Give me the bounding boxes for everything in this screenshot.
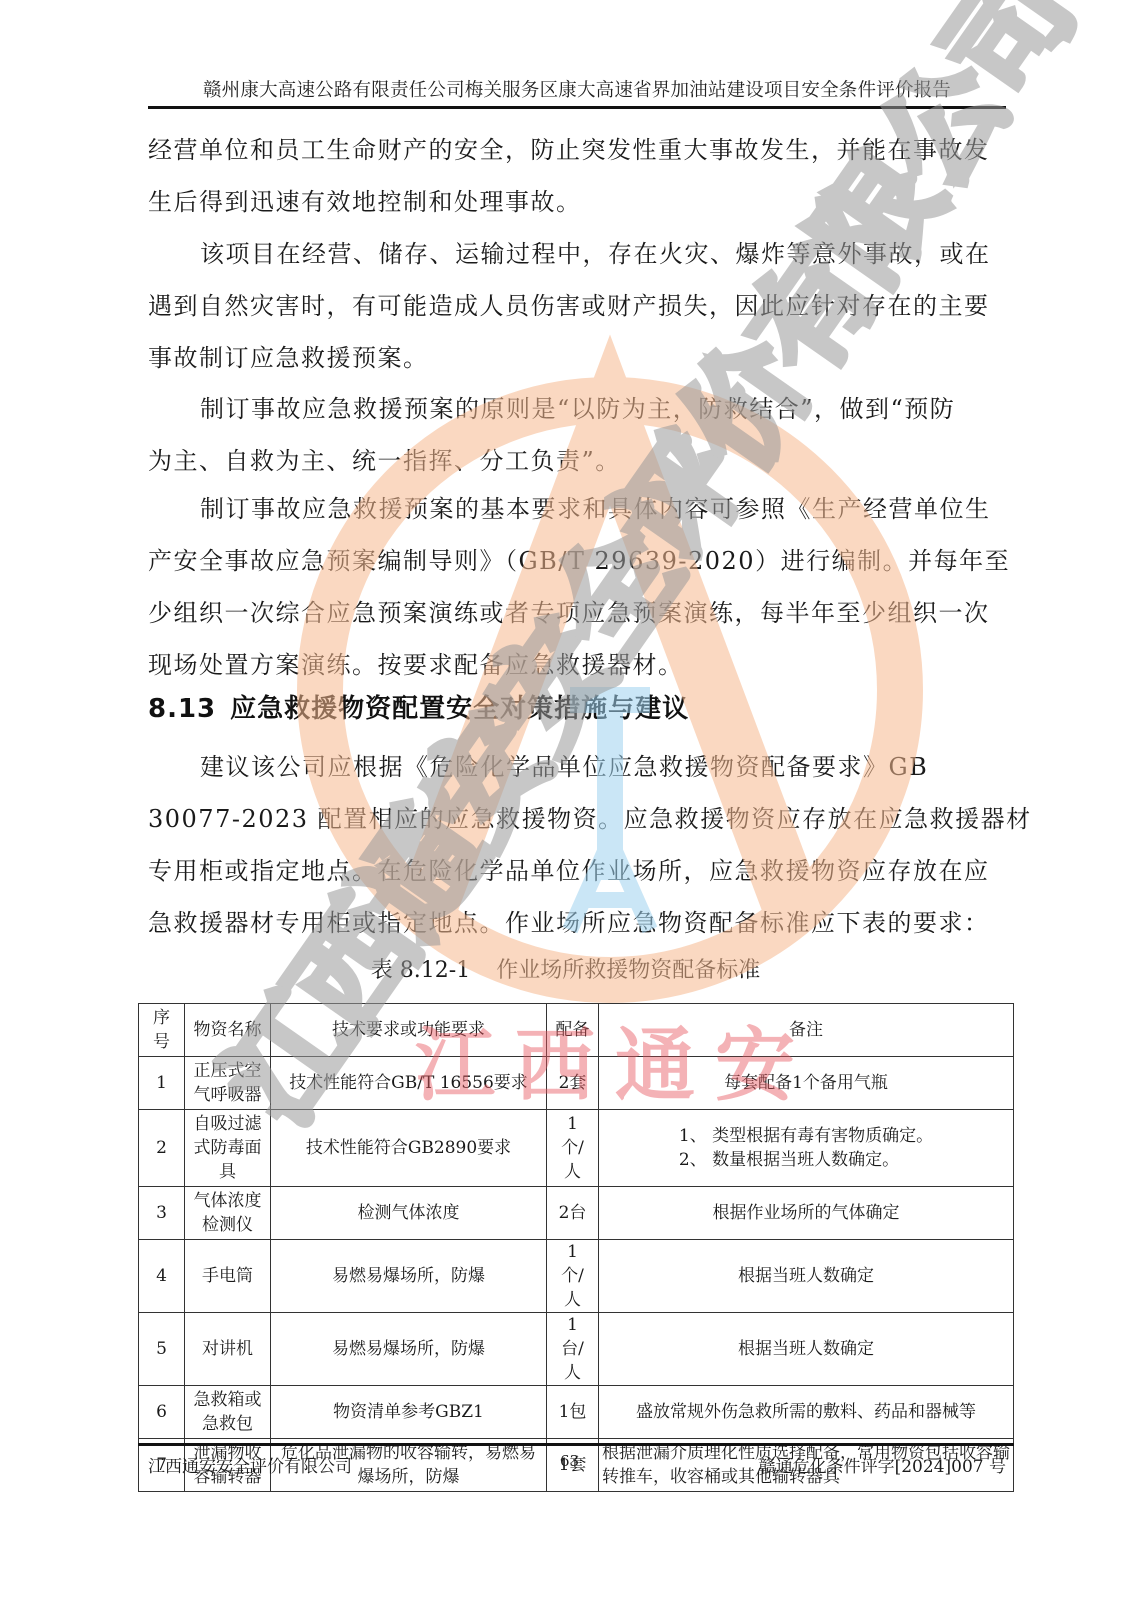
section-title: 应急救援物资配置安全对策措施与建议 — [230, 694, 689, 724]
cell-requirement: 检测气体浓度 — [271, 1187, 547, 1240]
cell-name: 自吸过滤式防毒面具 — [185, 1110, 271, 1187]
text-line: 该项目在经营、储存、运输过程中，存在火灾、爆炸等意外事故，或在 — [148, 228, 1006, 280]
table-row: 3 气体浓度检测仪 检测气体浓度 2台 根据作业场所的气体确定 — [139, 1187, 1014, 1240]
text-line: 制订事故应急救援预案的基本要求和具体内容可参照《生产经营单位生 — [148, 483, 1006, 535]
paragraph-1: 经营单位和员工生命财产的安全，防止突发性重大事故发生，并能在事故发 生后得到迅速… — [148, 124, 1006, 228]
cell-name: 气体浓度检测仪 — [185, 1187, 271, 1240]
table-row: 2 自吸过滤式防毒面具 技术性能符合GB2890要求 1个/人 1、 类型根据有… — [139, 1110, 1014, 1187]
cell-no: 6 — [139, 1386, 185, 1439]
note-list: 1、 类型根据有毒有害物质确定。 2、 数量根据当班人数确定。 — [679, 1124, 933, 1172]
text-line: 产安全事故应急预案编制导则》（GB/T 29639-2020）进行编制。并每年至 — [148, 535, 1006, 587]
cell-note: 根据当班人数确定 — [599, 1240, 1014, 1313]
paragraph-2: 该项目在经营、储存、运输过程中，存在火灾、爆炸等意外事故，或在 遇到自然灾害时，… — [148, 228, 1006, 384]
section-number: 8.13 — [148, 694, 216, 724]
text-line: 生后得到迅速有效地控制和处理事故。 — [148, 176, 1006, 228]
cell-no: 1 — [139, 1057, 185, 1110]
cell-name: 手电筒 — [185, 1240, 271, 1313]
page-number: 63 — [560, 1452, 579, 1470]
header-name: 物资名称 — [185, 1004, 271, 1057]
table-caption: 表 8.12-1作业场所救援物资配备标准 — [0, 953, 1131, 984]
footer-doc-number: 赣通危化条件评字[2024]007 号 — [759, 1452, 1006, 1477]
header-requirement: 技术要求或功能要求 — [271, 1004, 547, 1057]
cell-quantity: 1台/人 — [547, 1313, 599, 1386]
text-line: 经营单位和员工生命财产的安全，防止突发性重大事故发生，并能在事故发 — [148, 124, 1006, 176]
text-line: 急救援器材专用柜或指定地点。作业场所应急物资配备标准应下表的要求： — [148, 897, 1006, 949]
footer-company: 江西通安安全评价有限公司 — [148, 1452, 352, 1477]
note-item: 1、 类型根据有毒有害物质确定。 — [679, 1124, 933, 1148]
cell-name: 对讲机 — [185, 1313, 271, 1386]
paragraph-5: 建议该公司应根据《危险化学品单位应急救援物资配备要求》GB 30077-2023… — [148, 741, 1006, 949]
section-heading: 8.13应急救援物资配置安全对策措施与建议 — [148, 688, 689, 725]
cell-quantity: 1个/人 — [547, 1240, 599, 1313]
supply-standard-table: 序号 物资名称 技术要求或功能要求 配备 备注 1 正压式空气呼吸器 技术性能符… — [138, 1003, 1014, 1492]
text-line: 少组织一次综合应急预案演练或者专项应急预案演练，每半年至少组织一次 — [148, 587, 1006, 639]
text-line: 30077-2023 配置相应的应急救援物资。应急救援物资应存放在应急救援器材 — [148, 793, 1006, 845]
text-line: 建议该公司应根据《危险化学品单位应急救援物资配备要求》GB — [148, 741, 1006, 793]
paragraph-3: 制订事故应急救援预案的原则是“以防为主，防救结合”，做到“预防 为主、自救为主、… — [148, 383, 1006, 487]
note-item: 2、 数量根据当班人数确定。 — [679, 1148, 933, 1172]
running-header: 赣州康大高速公路有限责任公司梅关服务区康大高速省界加油站建设项目安全条件评价报告 — [148, 76, 1006, 102]
cell-requirement: 易燃易爆场所，防爆 — [271, 1240, 547, 1313]
cell-note: 1、 类型根据有毒有害物质确定。 2、 数量根据当班人数确定。 — [599, 1110, 1014, 1187]
text-line: 专用柜或指定地点。在危险化学品单位作业场所，应急救援物资应存放在应 — [148, 845, 1006, 897]
cell-note: 每套配备1个备用气瓶 — [599, 1057, 1014, 1110]
cell-no: 3 — [139, 1187, 185, 1240]
cell-requirement: 物资清单参考GBZ1 — [271, 1386, 547, 1439]
text-line: 制订事故应急救援预案的原则是“以防为主，防救结合”，做到“预防 — [148, 383, 1006, 435]
cell-requirement: 易燃易爆场所，防爆 — [271, 1313, 547, 1386]
cell-note: 盛放常规外伤急救所需的敷料、药品和器械等 — [599, 1386, 1014, 1439]
header-no: 序号 — [139, 1004, 185, 1057]
cell-no: 4 — [139, 1240, 185, 1313]
text-line: 遇到自然灾害时，有可能造成人员伤害或财产损失，因此应针对存在的主要 — [148, 280, 1006, 332]
header-rule — [148, 106, 1006, 109]
header-note: 备注 — [599, 1004, 1014, 1057]
table-row: 1 正压式空气呼吸器 技术性能符合GB/T 16556要求 2套 每套配备1个备… — [139, 1057, 1014, 1110]
cell-quantity: 2台 — [547, 1187, 599, 1240]
text-line: 事故制订应急救援预案。 — [148, 332, 1006, 384]
table-row: 6 急救箱或急救包 物资清单参考GBZ1 1包 盛放常规外伤急救所需的敷料、药品… — [139, 1386, 1014, 1439]
table-number: 表 8.12-1 — [371, 958, 470, 983]
header-quantity: 配备 — [547, 1004, 599, 1057]
text-line: 现场处置方案演练。按要求配备应急救援器材。 — [148, 639, 1006, 691]
table-title: 作业场所救援物资配备标准 — [496, 958, 760, 983]
table-row: 5 对讲机 易燃易爆场所，防爆 1台/人 根据当班人数确定 — [139, 1313, 1014, 1386]
cell-quantity: 1个/人 — [547, 1110, 599, 1187]
cell-note: 根据当班人数确定 — [599, 1313, 1014, 1386]
footer-rule — [138, 1443, 1014, 1446]
cell-name: 正压式空气呼吸器 — [185, 1057, 271, 1110]
document-page: 赣州康大高速公路有限责任公司梅关服务区康大高速省界加油站建设项目安全条件评价报告… — [0, 0, 1131, 1600]
cell-note: 根据作业场所的气体确定 — [599, 1187, 1014, 1240]
cell-no: 2 — [139, 1110, 185, 1187]
text-line: 为主、自救为主、统一指挥、分工负责”。 — [148, 435, 1006, 487]
table-header-row: 序号 物资名称 技术要求或功能要求 配备 备注 — [139, 1004, 1014, 1057]
table-row: 4 手电筒 易燃易爆场所，防爆 1个/人 根据当班人数确定 — [139, 1240, 1014, 1313]
cell-requirement: 技术性能符合GB/T 16556要求 — [271, 1057, 547, 1110]
cell-name: 急救箱或急救包 — [185, 1386, 271, 1439]
cell-quantity: 2套 — [547, 1057, 599, 1110]
paragraph-4: 制订事故应急救援预案的基本要求和具体内容可参照《生产经营单位生 产安全事故应急预… — [148, 483, 1006, 691]
cell-no: 5 — [139, 1313, 185, 1386]
cell-requirement: 技术性能符合GB2890要求 — [271, 1110, 547, 1187]
cell-quantity: 1包 — [547, 1386, 599, 1439]
